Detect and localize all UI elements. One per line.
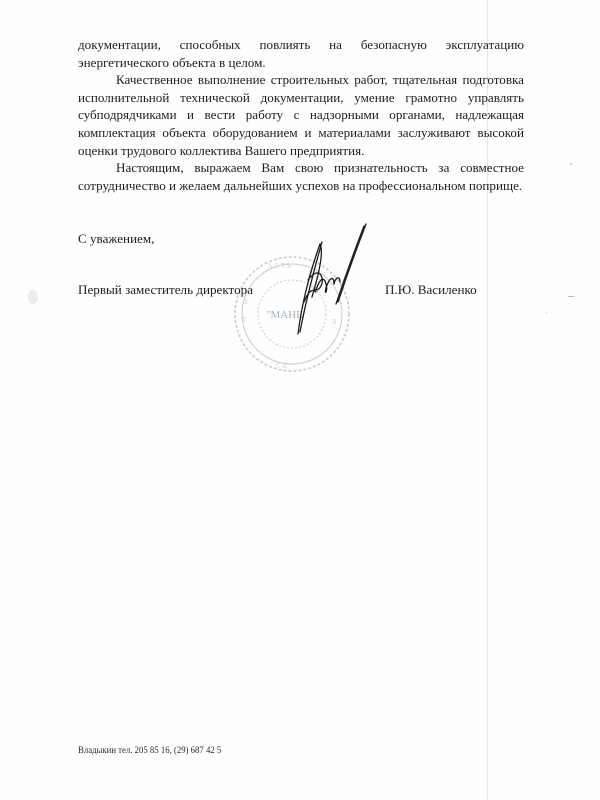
scan-speck: [28, 290, 38, 304]
footer-contact-info: Владыкин тел. 205 85 16, (29) 687 42 5: [78, 746, 221, 756]
signatory-name: П.Ю. Василенко: [385, 282, 477, 298]
svg-text:Е: Е: [244, 299, 248, 306]
paragraph-continued: документации, способных повлиять на безо…: [78, 36, 524, 71]
svg-text:А С Т Ь: А С Т Ь: [268, 263, 291, 270]
text-line: Настоящим, выражаем Вам свою признательн…: [78, 159, 524, 177]
handwritten-signature-icon: [290, 222, 370, 337]
paragraph-quality: Качественное выполнение строительных раб…: [78, 71, 524, 159]
text-line: энергетического объекта в целом.: [78, 54, 524, 72]
svg-text:С К: С К: [276, 363, 287, 370]
signatory-position: Первый заместитель директора: [78, 282, 253, 298]
letter-body: документации, способных повлиять на безо…: [78, 36, 524, 194]
closing-salutation: С уважением,: [78, 231, 154, 247]
paragraph-gratitude: Настоящим, выражаем Вам свою признательн…: [78, 159, 524, 194]
text-line: Качественное выполнение строительных раб…: [78, 71, 524, 89]
scan-speck: [546, 312, 547, 313]
svg-text:Т: Т: [242, 317, 246, 324]
text-line: исполнительной технической документации,…: [78, 89, 524, 107]
scan-speck: [568, 296, 574, 297]
scanned-letter-page: документации, способных повлиять на безо…: [0, 0, 600, 800]
text-line: комплектация объекта оборудованием и мат…: [78, 124, 524, 142]
text-line: оценки трудового коллектива Вашего предп…: [78, 142, 524, 160]
text-line: документации, способных повлиять на безо…: [78, 36, 524, 54]
text-line: сотрудничество и желаем дальнейших успех…: [78, 177, 524, 195]
scan-speck: [570, 163, 572, 165]
text-line: субподрядчиками и вести работу с надзорн…: [78, 106, 524, 124]
